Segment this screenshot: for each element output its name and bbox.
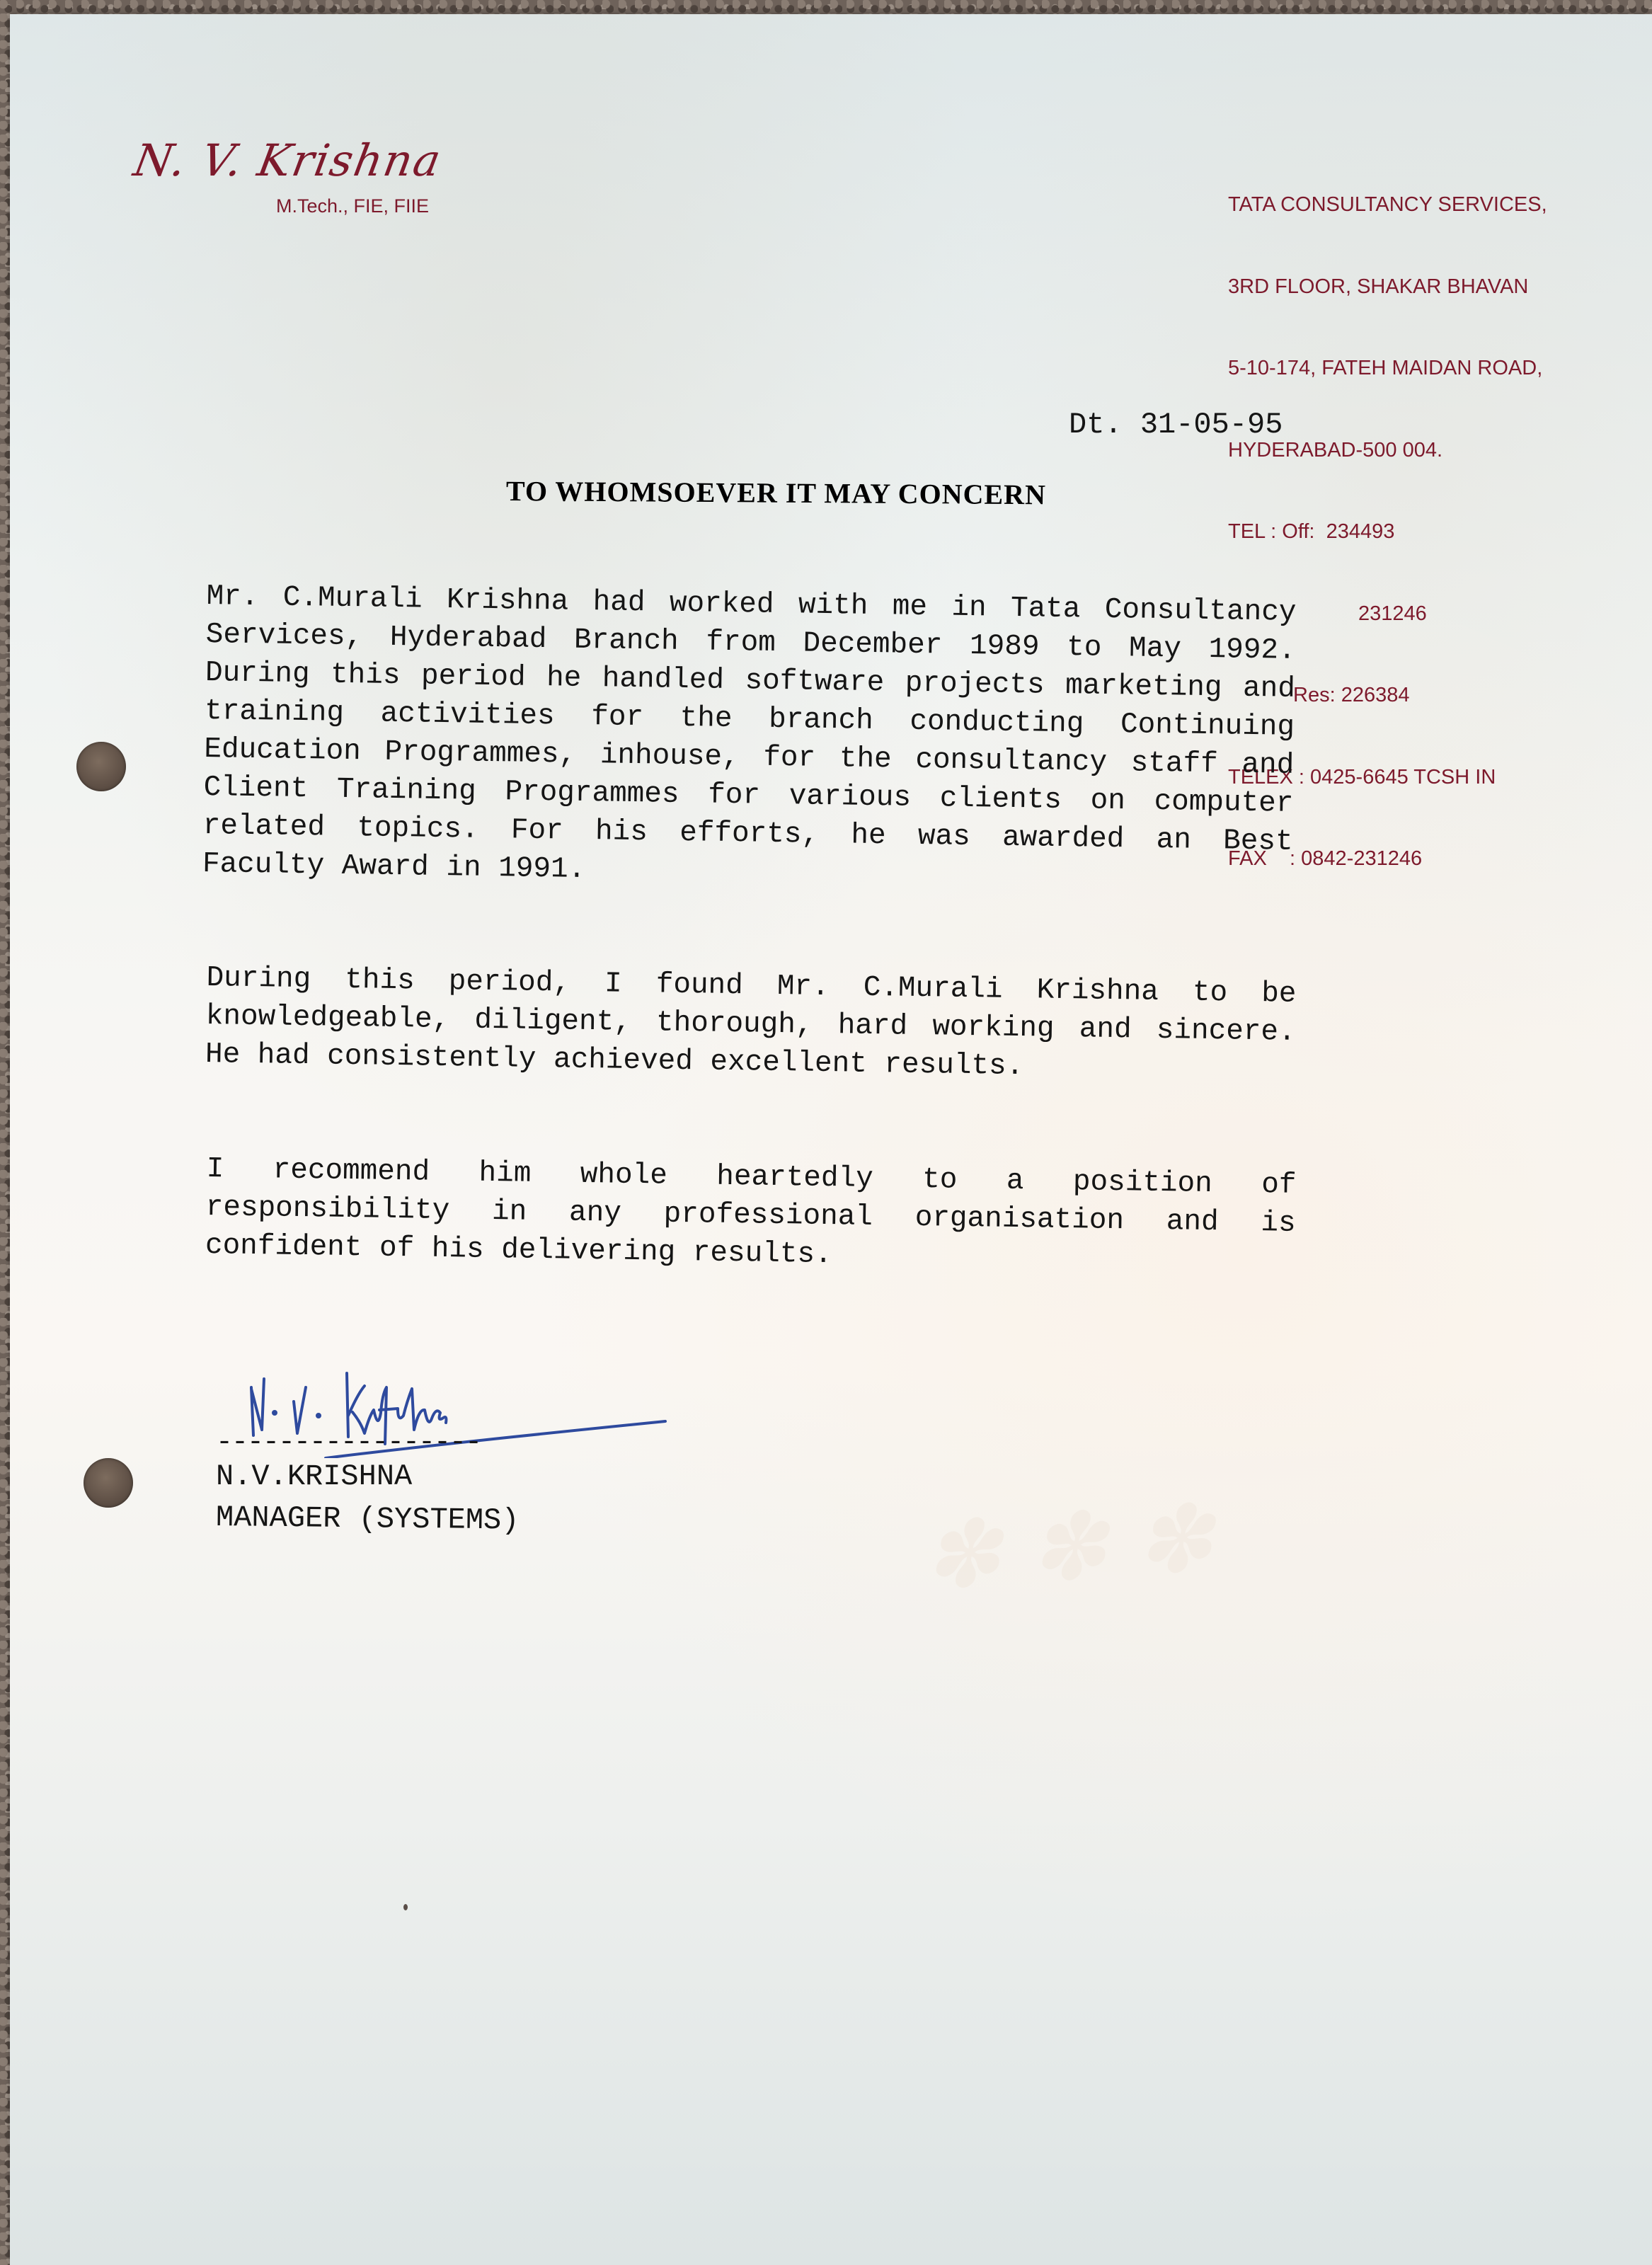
tel-office-label: TEL : Off:: [1228, 520, 1315, 543]
signatory-title: MANAGER (SYSTEMS): [216, 1501, 520, 1537]
body-paragraph-1: Mr. C.Murali Krishna had worked with me …: [202, 578, 1297, 900]
punch-hole: [76, 742, 126, 791]
signature-line: -----------------: [216, 1427, 481, 1459]
tel-office-1: 234493: [1326, 520, 1395, 543]
letterhead-name: N. V. Krishna: [130, 134, 446, 186]
address-line: TATA CONSULTANCY SERVICES,: [1228, 191, 1547, 219]
signatory-name: N.V.KRISHNA: [216, 1460, 412, 1493]
address-line: 5-10-174, FATEH MAIDAN ROAD,: [1228, 355, 1547, 382]
body-paragraph-2: During this period, I found Mr. C.Murali…: [205, 959, 1297, 1090]
letterhead-qualifications: M.Tech., FIE, FIIE: [276, 195, 429, 217]
letter-subject: TO WHOMSOEVER IT MAY CONCERN: [506, 474, 1046, 511]
paper-speck: [403, 1904, 408, 1910]
tel-office-line: TEL : Off: 234493: [1228, 518, 1547, 546]
body-paragraph-3: I recommend him whole heartedly to a pos…: [205, 1150, 1297, 1281]
letter-date: Dt. 31-05-95: [1069, 408, 1283, 442]
punch-hole: [84, 1458, 133, 1508]
address-line: 3RD FLOOR, SHAKAR BHAVAN: [1228, 273, 1547, 301]
tel-res: 226384: [1341, 684, 1410, 706]
tel-res-label: Res:: [1293, 684, 1336, 706]
watermark: ✽ ✽ ✽: [919, 1484, 1216, 1611]
